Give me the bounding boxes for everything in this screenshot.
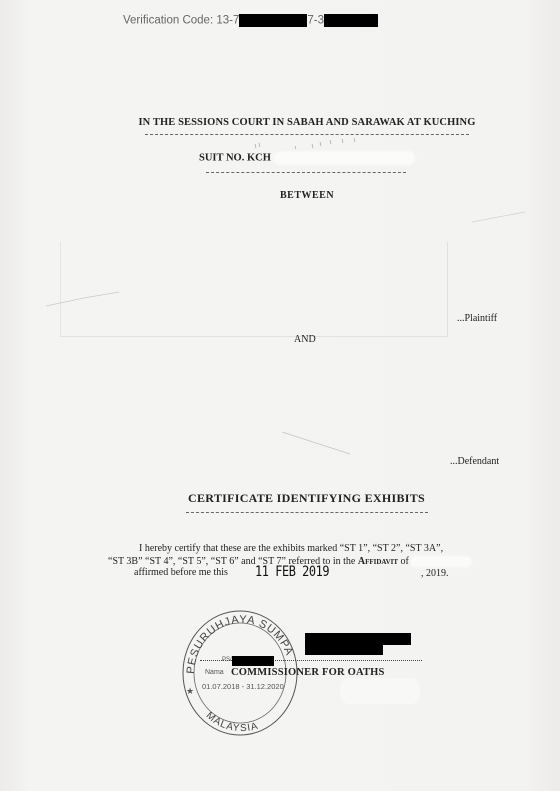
star-icon: ★	[186, 686, 194, 696]
suit-number-obscured	[274, 152, 414, 164]
court-title: IN THE SESSIONS COURT IN SABAH AND SARAW…	[0, 117, 560, 128]
certificate-title-divider	[186, 512, 428, 513]
plaintiff-label: ...Plaintiff	[457, 313, 497, 324]
certificate-title: CERTIFICATE IDENTIFYING EXHIBITS	[188, 491, 425, 506]
defendant-label: ...Defendant	[450, 456, 499, 467]
court-title-divider	[145, 134, 469, 135]
svg-text:MALAYSIA: MALAYSIA	[204, 710, 260, 734]
date-stamp: 11 FEB 2019	[255, 564, 329, 580]
redaction-block	[239, 14, 307, 27]
and-label: AND	[294, 334, 316, 345]
scan-marks	[44, 290, 124, 310]
nama-label: Nama	[205, 669, 224, 676]
verification-code: Verification Code: 13-77-3	[123, 14, 378, 27]
deponent-name-obscured	[411, 557, 471, 566]
suit-number: SUIT NO. KCH	[199, 152, 414, 164]
between-label: BETWEEN	[280, 190, 334, 201]
certificate-line-1: I hereby certify that these are the exhi…	[139, 543, 443, 554]
verification-code-mid: 7-3	[307, 15, 324, 27]
validity-period: 01.07.2018 - 31.12.2020	[202, 682, 284, 691]
seal-bottom-text: MALAYSIA	[204, 710, 260, 734]
year-text: , 2019.	[421, 568, 449, 579]
commissioner-for-oaths: COMMISSIONER FOR OATHS	[231, 667, 385, 678]
signature-redaction	[305, 641, 383, 655]
document-page: Verification Code: 13-77-3 IN THE SESSIO…	[0, 0, 560, 791]
affidavit-of: of	[401, 556, 409, 567]
affirmed-text: affirmed before me this	[134, 567, 228, 578]
ps-label: PS/	[222, 657, 232, 663]
suit-number-divider	[206, 172, 406, 173]
scan-marks	[470, 208, 530, 228]
suit-number-label: SUIT NO. KCH	[199, 152, 271, 163]
obscured-area	[340, 678, 420, 704]
certificate-line-3: affirmed before me this	[134, 567, 228, 578]
redaction-block	[324, 14, 378, 27]
verification-code-label: Verification Code: 13-7	[123, 15, 239, 27]
commissioner-id-redaction	[232, 656, 274, 666]
scan-marks	[280, 428, 360, 458]
affidavit-label: Affidavit	[358, 556, 398, 567]
